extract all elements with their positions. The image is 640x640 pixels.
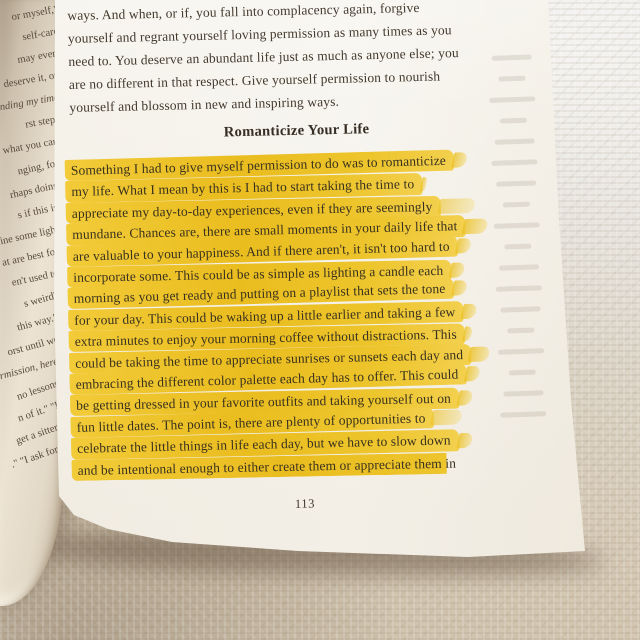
page-edge-text-fragment: s if this is (17, 201, 59, 222)
page-edge-text-fragment: rhaps doing (8, 179, 59, 202)
page-edge-text-fragment: may even (17, 47, 59, 67)
page-edge-text-fragment: nging, for (16, 157, 59, 178)
page-edge-text-fragment: deserve it, or (3, 69, 59, 91)
page-number: 113 (78, 492, 531, 517)
page-edge-text-fragment: en't used to (10, 267, 59, 290)
facing-page-edge: or myself,"self-caremay evendeserve it, … (0, 0, 63, 606)
page-edge-text-fragment: or myself," (11, 3, 59, 24)
facing-page-text-fragments: or myself,"self-caremay evendeserve it, … (0, 3, 58, 456)
page-edge-text-fragment: ." "I ask for (10, 443, 60, 471)
page-edge-text-fragment: ine some light (0, 223, 59, 248)
page-edge-text-fragment: spending my time (0, 91, 59, 117)
page-edge-text-fragment: this way." (16, 311, 59, 334)
section-heading: Romanticize Your Life (70, 118, 523, 145)
page-edge-text-fragment: what you can (2, 135, 59, 158)
highlighted-paragraph: Something I had to give myself permissio… (71, 150, 531, 481)
page-edge-text-fragment: at are best for (0, 245, 59, 270)
page-edge-text-fragment: rst step. (25, 113, 59, 131)
page-edge-text-fragment: self-care (21, 25, 59, 44)
top-paragraph: ways. And when, or if, you fall into com… (67, 0, 522, 119)
page-content: ways. And when, or if, you fall into com… (67, 0, 532, 517)
